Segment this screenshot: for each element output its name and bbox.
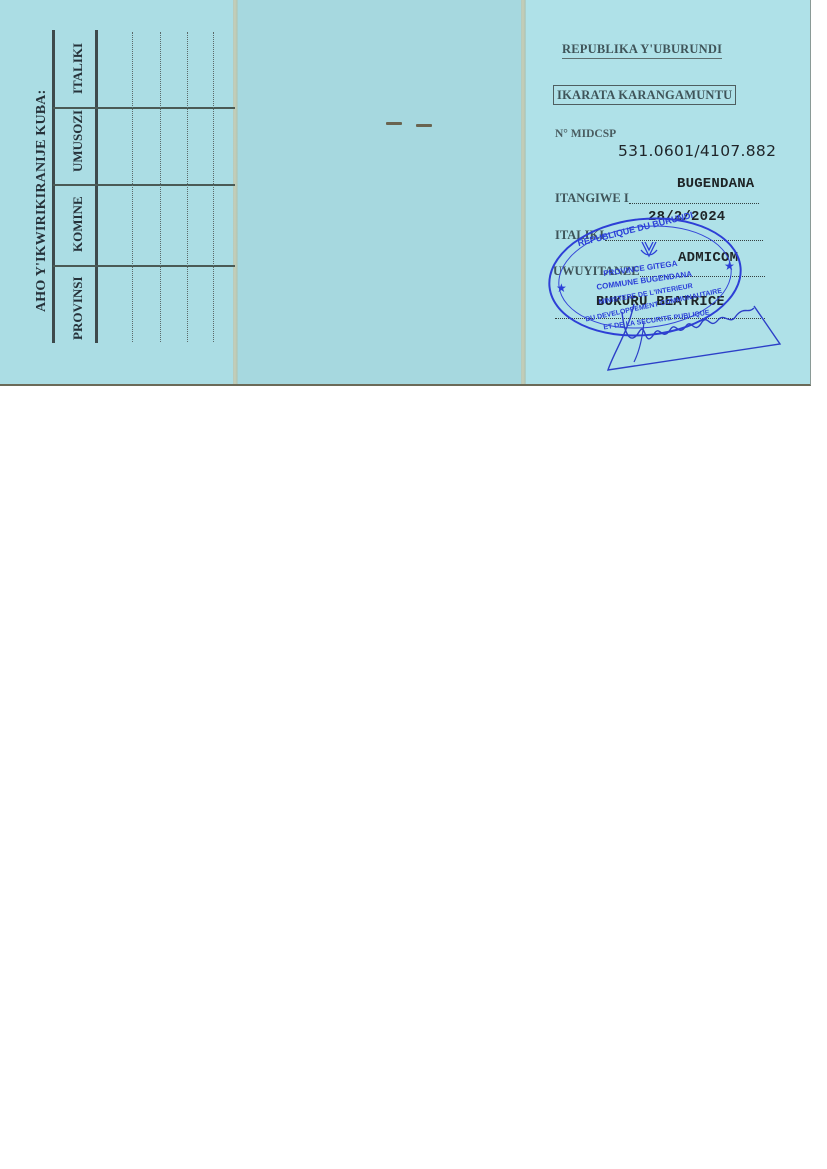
- blank-entry-row: [213, 32, 214, 342]
- column-header-provinsi: PROVINSI: [70, 276, 86, 340]
- column-header-umusozi: UMUSOZI: [70, 110, 86, 172]
- signature: [594, 292, 784, 382]
- residence-table-title: AHO Y'IKWIRIKIRANIJE KUBA:: [34, 90, 50, 312]
- table-border-line: [52, 30, 55, 343]
- staple-mark: [386, 122, 402, 125]
- table-divider: [53, 265, 235, 267]
- id-card: AHO Y'IKWIRIKIRANIJE KUBA: PROVINSI KOMI…: [0, 0, 811, 386]
- star-icon: ★: [724, 259, 735, 274]
- card-number: 531.0601/4107.882: [618, 142, 776, 160]
- issued-at-label: ITANGIWE I: [555, 191, 629, 206]
- coat-of-arms-icon: [638, 238, 660, 260]
- column-header-komine: KOMINE: [70, 196, 86, 252]
- staple-mark: [416, 124, 432, 127]
- table-divider: [53, 184, 235, 186]
- dotted-fill-line: [629, 203, 759, 204]
- panel-middle: [236, 0, 526, 384]
- issued-at-value: BUGENDANA: [677, 176, 754, 192]
- column-header-italiki: ITALIKI: [70, 43, 86, 94]
- blank-entry-row: [187, 32, 188, 342]
- table-divider: [53, 107, 235, 109]
- fold-line: [521, 0, 526, 384]
- number-label: N° MIDCSP: [555, 128, 616, 140]
- card-title: IKARATA KARANGAMUNTU: [553, 85, 736, 105]
- star-icon: ★: [556, 281, 567, 296]
- blank-entry-row: [160, 32, 161, 342]
- fold-line: [233, 0, 238, 384]
- table-border-line: [95, 30, 98, 343]
- blank-entry-row: [132, 32, 133, 342]
- country-heading: REPUBLIKA Y'UBURUNDI: [562, 42, 722, 59]
